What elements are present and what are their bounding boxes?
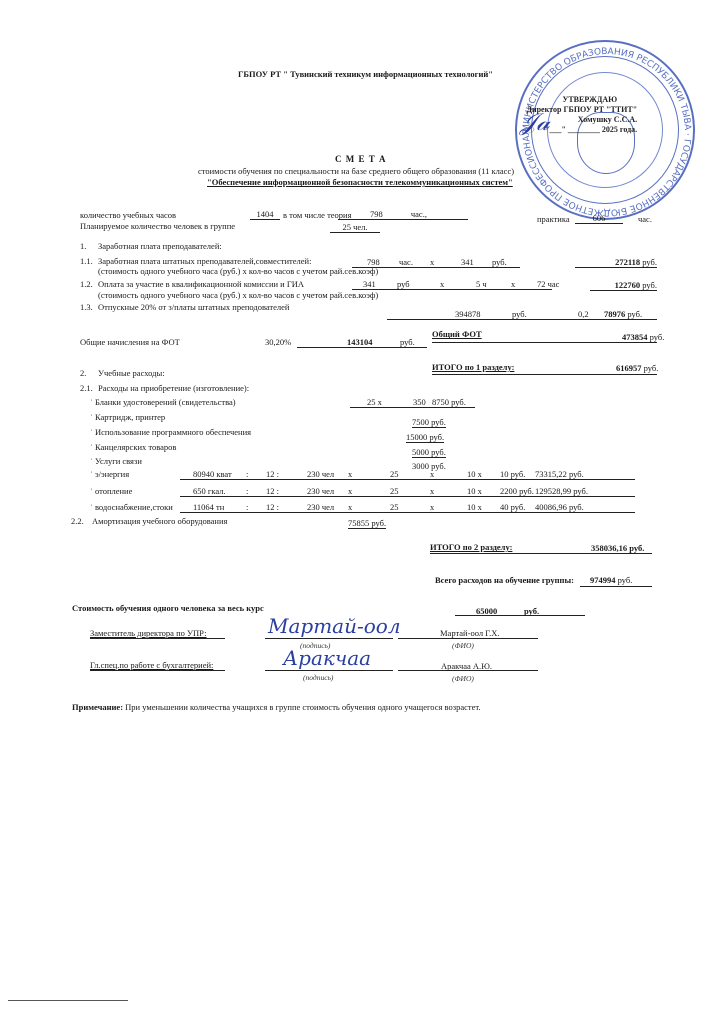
utility-x1: х (348, 502, 352, 512)
section2-number: 2. (80, 368, 86, 378)
signer-2-name: Аракчаа А.Ю. (441, 661, 492, 671)
utility-rate: 10 руб. (500, 469, 525, 479)
utility-x1: х (348, 486, 352, 496)
per-person-unit: руб. (524, 606, 539, 616)
signer-1-name: Мартай-оол Г.Х. (440, 628, 500, 638)
section1-number: 1. (80, 241, 86, 251)
section1-total-value: 616957 руб. (616, 363, 658, 373)
signer-1-signature: Мартай-оол (268, 614, 401, 638)
organization-name: ГБПОУ РТ " Тувинский техникум информацио… (238, 69, 493, 79)
utility-c2: 12 : (266, 486, 279, 496)
purchase-value: 3000 руб. (412, 461, 446, 471)
item-1-2-rate: 341 (363, 279, 376, 289)
utility-rate: 2200 руб. (500, 486, 534, 496)
fot-accruals-percent: 30,20% (265, 337, 291, 347)
purchase-label: ˙ Услуги связи (90, 456, 142, 466)
purchase-value: 15000 руб. (406, 432, 444, 443)
section2-total-label: ИТОГО по 2 разделу: (430, 542, 512, 552)
utility-total: 73315,22 руб. (535, 469, 584, 479)
item-1-3-coef: 0,2 (578, 309, 589, 319)
utility-x2: х (430, 502, 434, 512)
practice-label: практика (537, 214, 570, 224)
item-1-2-mult2: х (511, 279, 515, 289)
item-1-2-mult1: х (440, 279, 444, 289)
section1-total-label: ИТОГО по 1 разделу: (432, 362, 514, 372)
utility-label: ˙ отопление (90, 486, 132, 496)
item-1-3-base: 394878 (455, 309, 481, 319)
signer-2-name-caption: (ФИО) (452, 674, 474, 683)
item-1-1-hours: 798 (367, 257, 380, 267)
hours-theory-value: 798 (370, 209, 383, 219)
item-2-2-number: 2.2. (71, 516, 84, 526)
item-1-2-people: 72 час (537, 279, 559, 289)
group-total-value: 974994 руб. (590, 575, 632, 585)
practice-value: 606 (575, 213, 623, 224)
item-1-1-note: (стоимость одного учебного часа (руб.) х… (98, 266, 378, 276)
approval-block: УТВЕРЖДАЮ Директор ГБПОУ РТ "ТТИТ" Хомуш… (545, 95, 637, 135)
director-signature: 𝒥𝒶 (520, 108, 550, 136)
purchase-price: 350 (413, 397, 426, 407)
utility-total: 129528,99 руб. (535, 486, 588, 496)
group-size-label: Планируемое количество человек в группе (80, 221, 235, 231)
hours-total-value: 1404 (250, 209, 280, 220)
utility-amount: 80940 кват (193, 469, 232, 479)
section2-title: Учебные расходы: (98, 368, 165, 378)
item-1-1-number: 1.1. (80, 256, 93, 266)
purchase-qty: 25 х (367, 397, 382, 407)
utility-x2: х (430, 486, 434, 496)
per-person-label: Стоимость обучения одного человека за ве… (72, 603, 264, 613)
hours-total-label: количество учебных часов (80, 210, 176, 220)
hours-theory-unit: час., (411, 209, 427, 219)
utility-c3: 230 чел (307, 486, 334, 496)
utility-amount: 11064 тн (193, 502, 224, 512)
utility-c4: 25 (390, 486, 399, 496)
fot-accruals-unit: руб. (400, 337, 415, 347)
item-1-1-mult: х (430, 257, 434, 267)
signer-2-role: Гл.спец.по работе с бухгалтерией: (90, 660, 213, 670)
section2-total-value: 358036,16 руб. (591, 543, 644, 553)
purchase-value: 7500 руб. (412, 417, 446, 428)
purchase-label: ˙ Канцелярских товаров (90, 442, 176, 452)
fot-accruals-label: Общие начисления на ФОТ (80, 337, 180, 347)
section1-title: Заработная плата преподавателей: (98, 241, 222, 251)
signer-2-sig-caption: (подпись) (303, 673, 333, 682)
utility-c1: : (246, 469, 248, 479)
approval-title: УТВЕРЖДАЮ (545, 95, 637, 105)
utility-c4: 25 (390, 469, 399, 479)
item-1-1-rate-unit: руб. (492, 257, 507, 267)
utility-rate: 40 руб. (500, 502, 525, 512)
purchase-value: 5000 руб. (412, 447, 446, 458)
per-person-value: 65000 (476, 606, 497, 616)
utility-c2: 12 : (266, 502, 279, 512)
item-2-2-value: 75855 руб. (348, 518, 386, 529)
item-1-1-rate: 341 (461, 257, 474, 267)
purchase-label: ˙ Картридж, принтер (90, 412, 165, 422)
item-1-1-total: 272118 руб. (575, 257, 657, 268)
document-title: С М Е Т А (335, 154, 387, 164)
utility-label: ˙ э/энергия (90, 469, 129, 479)
signer-2-signature: Аракчаа (283, 646, 371, 670)
practice-unit: час. (638, 214, 652, 224)
utility-c1: : (246, 502, 248, 512)
item-1-3-total: 78976 руб. (604, 309, 642, 319)
utility-x2: х (430, 469, 434, 479)
utility-c5: 10 х (467, 486, 482, 496)
signer-1-role: Заместитель директора по УПР: (90, 628, 207, 638)
approval-date: "___" ________ 2025 года. (545, 125, 637, 135)
document-subtitle: стоимости обучения по специальности на б… (198, 166, 514, 176)
hours-theory-field: 798 час., (338, 209, 468, 220)
item-1-1-hours-unit: час. (399, 257, 413, 267)
purchase-label: ˙ Использование программного обеспечения (90, 427, 251, 437)
approval-name: Хомушку С.С.А. (545, 115, 637, 125)
signer-1-name-caption: (ФИО) (452, 641, 474, 650)
item-2-1-number: 2.1. (80, 383, 93, 393)
specialty-name: "Обеспечение информационной безопасности… (207, 177, 513, 187)
fot-total-value: 473854 руб. (622, 332, 664, 342)
item-1-2-total: 122760 руб. (590, 280, 657, 291)
utility-c2: 12 : (266, 469, 279, 479)
utility-c1: : (246, 486, 248, 496)
utility-c5: 10 х (467, 502, 482, 512)
utility-c4: 25 (390, 502, 399, 512)
item-1-2-rate-unit: руб (397, 279, 410, 289)
utility-c3: 230 чел (307, 502, 334, 512)
utility-label: ˙ водоснабжение,стоки (90, 502, 173, 512)
utility-amount: 650 гкал. (193, 486, 226, 496)
group-total-label: Всего расходов на обучение группы: (435, 575, 574, 585)
item-1-2-note: (стоимость одного учебного часа (руб.) х… (98, 290, 378, 300)
item-1-1-label: Заработная плата штатных преподавателей,… (98, 256, 311, 266)
item-1-3-base-unit: руб. (512, 309, 527, 319)
note: Примечание: При уменьшении количества уч… (72, 702, 481, 712)
group-size-value: 25 чел. (330, 222, 380, 233)
item-2-2-label: Амортизация учебного оборудования (92, 516, 227, 526)
item-2-1-label: Расходы на приобретение (изготовление): (98, 383, 249, 393)
purchase-value: 8750 руб. (432, 397, 466, 408)
purchase-label: ˙ Бланки удостоверений (свидетельства) (90, 397, 236, 407)
utility-c5: 10 х (467, 469, 482, 479)
utility-x1: х (348, 469, 352, 479)
utility-total: 40086,96 руб. (535, 502, 584, 512)
item-1-2-number: 1.2. (80, 279, 93, 289)
item-1-3-label: Отпускные 20% от з/платы штатных преподо… (98, 302, 289, 312)
item-1-2-label: Оплата за участие в квалификационной ком… (98, 279, 304, 289)
utility-c3: 230 чел (307, 469, 334, 479)
item-1-2-hours: 5 ч (476, 279, 487, 289)
fot-total-label: Общий ФОТ (432, 329, 482, 339)
fot-accruals-value: 143104 (347, 337, 373, 347)
item-1-3-number: 1.3. (80, 302, 93, 312)
